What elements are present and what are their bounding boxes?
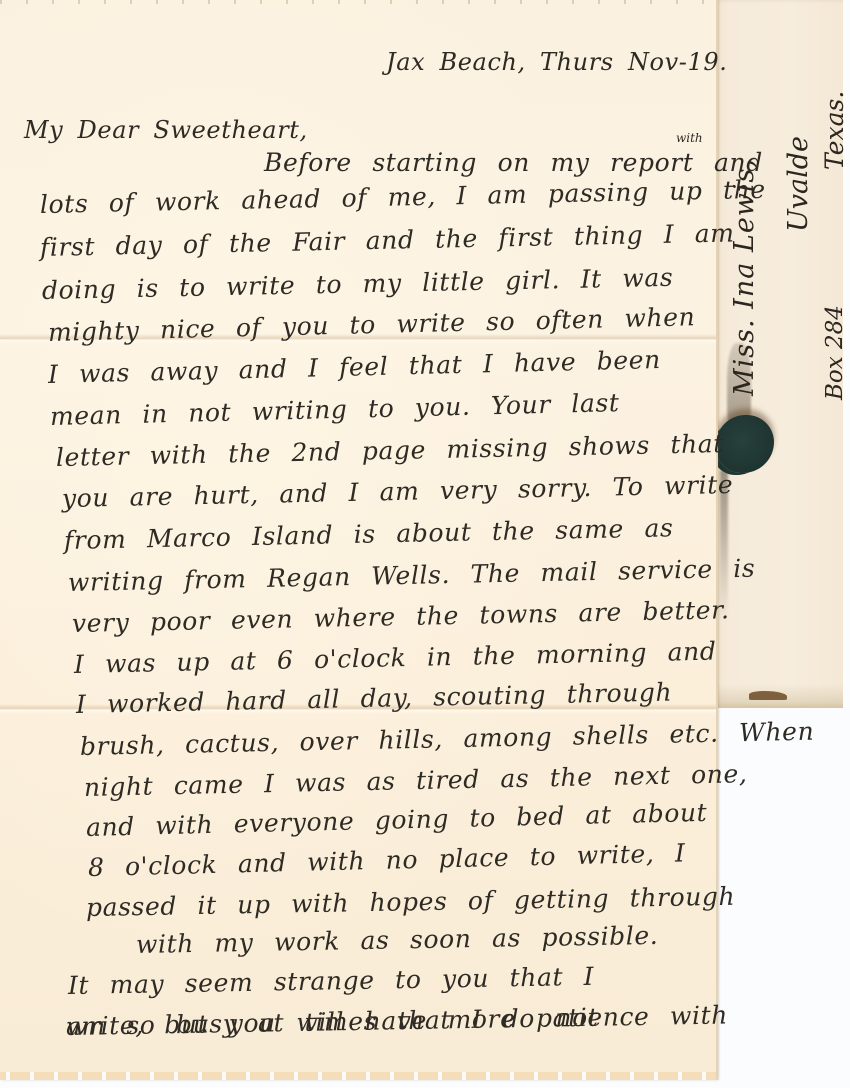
letter-line: I was away and I feel that I have been [48,345,662,389]
letter-line: with my work as soon as possible. [136,921,659,959]
letter-line: you are hurt, and I am very sorry. To wr… [62,470,734,513]
letter-line: It may seem strange to you that I [68,962,595,1000]
letter-line: 8 o'clock and with no place to write, I [88,838,686,882]
letter-salutation: My Dear Sweetheart, [24,116,308,144]
envelope-state: Texas. [820,91,849,170]
perforated-edge-top [0,0,716,4]
letter-line: very poor even where the towns are bette… [72,595,730,638]
letter-line: writing from Regan Wells. The mail servi… [68,554,756,597]
letter-line: write, but you will have more patience w… [66,1000,728,1041]
letter-line: I was up at 6 o'clock in the morning and [74,637,717,679]
inserted-word: with [676,131,703,145]
letter-page: Jax Beach, Thurs Nov-19. My Dear Sweethe… [0,0,718,1080]
letter-line: passed it up with hopes of getting throu… [86,882,736,922]
letter-line: night came I was as tired as the next on… [84,759,748,802]
letter-line: letter with the 2nd page missing shows t… [56,429,724,472]
letter-dateline: Jax Beach, Thurs Nov-19. [386,48,727,76]
envelope-box: Box 284 [822,305,848,400]
letter-line: first day of the Fair and the first thin… [40,218,735,262]
letter-line: lots of work ahead of me, I am passing u… [40,175,766,219]
letter-line: Before starting on my report and [264,148,763,177]
letter-line: and with everyone going to bed at about [86,798,708,842]
ink-stain [749,691,787,700]
letter-line: from Marco Island is about the same as [64,513,674,555]
scanned-letter-scene: Miss. Ina Lewis, Uvalde Texas. Box 284 J… [0,0,850,1088]
perforated-edge-bottom [0,1072,716,1080]
envelope-city: Uvalde [783,136,814,232]
letter-line: mean in not writing to you. Your last [50,388,620,431]
letter-line: brush, cactus, over hills, among shells … [80,717,815,761]
letter-line: doing is to write to my little girl. It … [42,263,674,305]
